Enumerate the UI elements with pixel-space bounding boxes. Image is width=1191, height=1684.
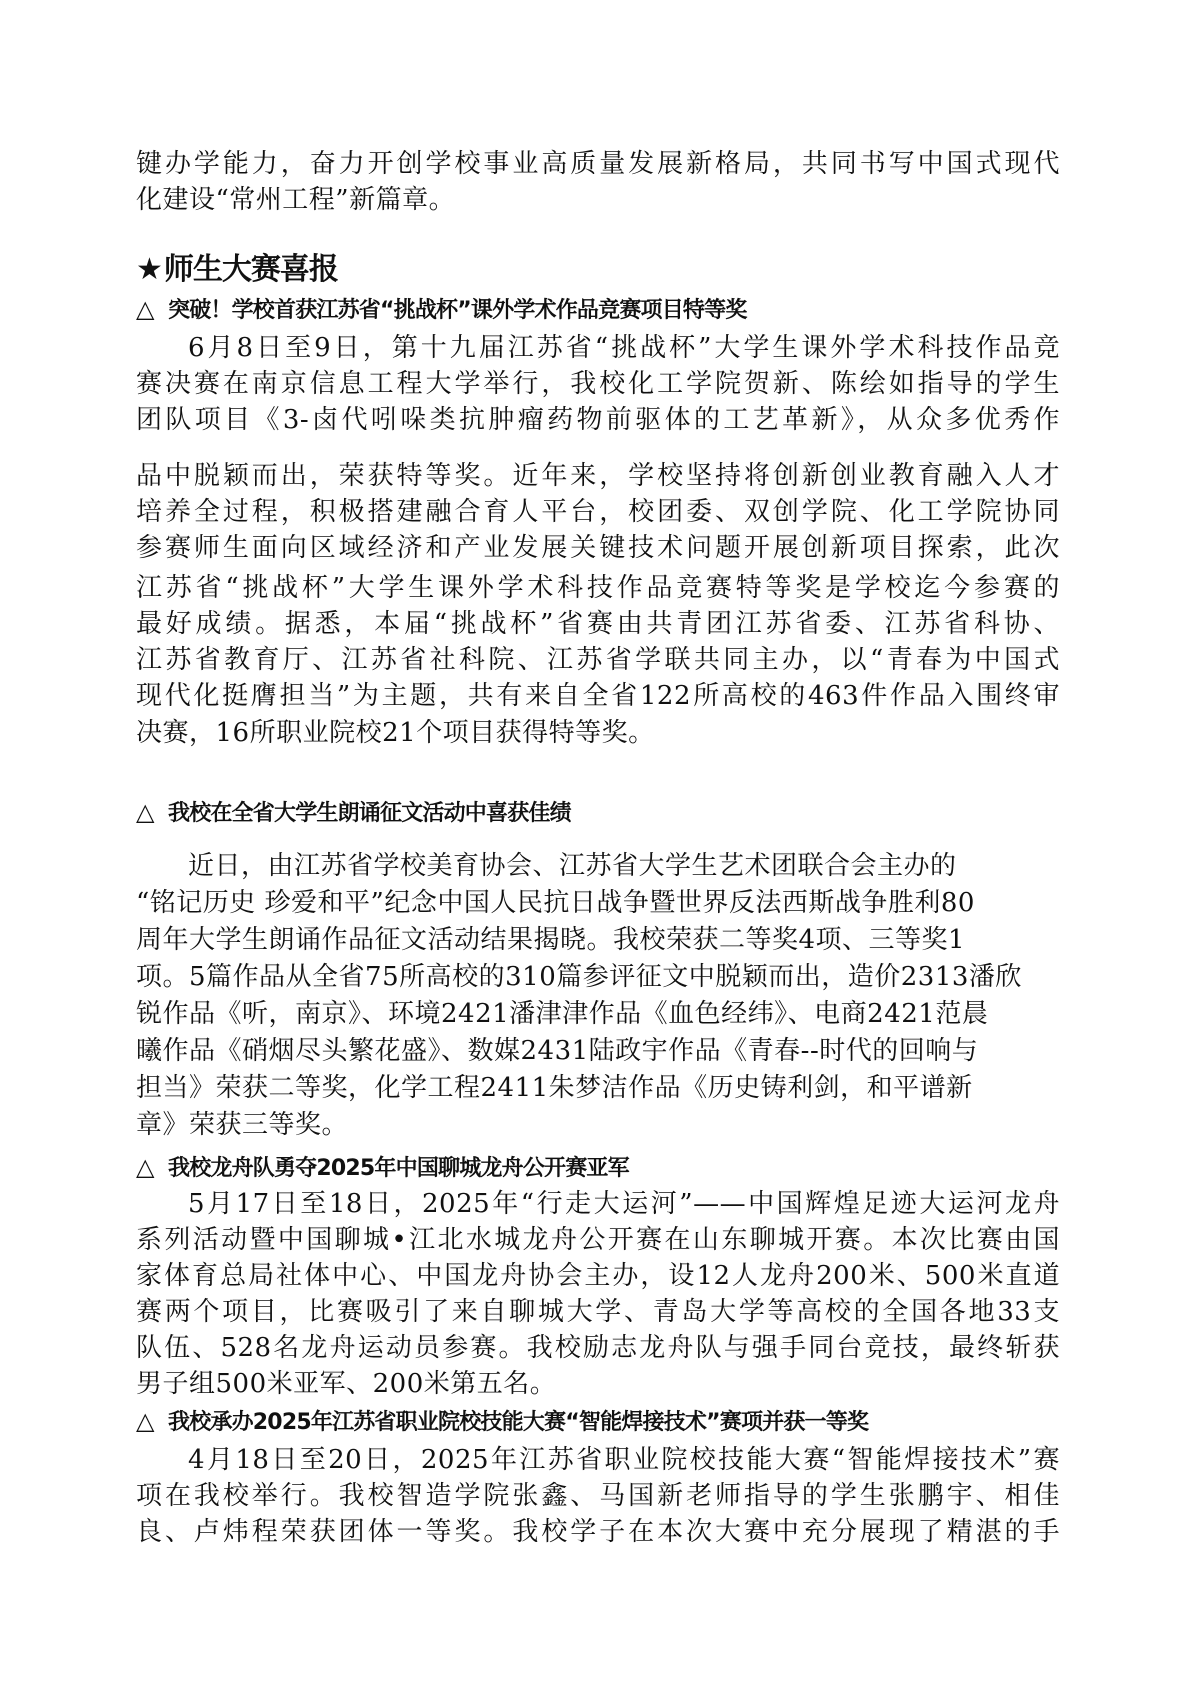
article-line: 赛决赛在南京信息工程大学举行，我校化工学院贺新、陈绘如指导的学生 — [136, 367, 1060, 401]
article-line: 现代化挺膺担当”为主题，共有来自全省122所高校的463件作品入围终审 — [136, 679, 1060, 713]
article-title-text: 我校在全省大学生朗诵征文活动中喜获佳绩 — [168, 801, 571, 826]
article-line: 培养全过程，积极搭建融合育人平台，校团委、双创学院、化工学院协同 — [136, 495, 1060, 529]
intro-line-2: 化建设“常州工程”新篇章。 — [136, 183, 455, 217]
triangle-icon: △ — [136, 294, 168, 324]
article-line: 男子组500米亚军、200米第五名。 — [136, 1367, 556, 1401]
article-line: 4月18日至20日，2025年江苏省职业院校技能大赛“智能焊接技术”赛 — [136, 1443, 1060, 1477]
article-line: 江苏省“挑战杯”大学生课外学术科技作品竞赛特等奖是学校迄今参赛的 — [136, 571, 1060, 605]
article-line: 决赛，16所职业院校21个项目获得特等奖。 — [136, 716, 655, 750]
triangle-icon: △ — [136, 1406, 168, 1436]
star-icon: ★ — [136, 252, 162, 287]
article-line: 参赛师生面向区域经济和产业发展关键技术问题开展创新项目探索，此次 — [136, 531, 1060, 565]
article-line: 项在我校举行。我校智造学院张鑫、马国新老师指导的学生张鹏宇、相佳 — [136, 1479, 1060, 1513]
article-title-welding: △我校承办2025年江苏省职业院校技能大赛“智能焊接技术”赛项并获一等奖 — [136, 1406, 868, 1438]
article-line: 队伍、528名龙舟运动员参赛。我校励志龙舟队与强手同台竞技，最终斩获 — [136, 1331, 1060, 1365]
article-line: “铭记历史 珍爱和平”纪念中国人民抗日战争暨世界反法西斯战争胜利80 — [136, 886, 975, 920]
article-title-recitation: △我校在全省大学生朗诵征文活动中喜获佳绩 — [136, 797, 571, 829]
article-line: 周年大学生朗诵作品征文活动结果揭晓。我校荣获二等奖4项、三等奖1 — [136, 923, 965, 957]
article-line: 江苏省教育厅、江苏省社科院、江苏省学联共同主办，以“青春为中国式 — [136, 643, 1060, 677]
article-title-dragon-boat: △我校龙舟队勇夺2025年中国聊城龙舟公开赛亚军 — [136, 1152, 629, 1184]
triangle-icon: △ — [136, 1152, 168, 1182]
article-line: 家体育总局社体中心、中国龙舟协会主办，设12人龙舟200米、500米直道 — [136, 1259, 1060, 1293]
article-title-challenge-cup: △突破！学校首获江苏省“挑战杯”课外学术作品竞赛项目特等奖 — [136, 294, 747, 326]
article-line: 赛两个项目，比赛吸引了来自聊城大学、青岛大学等高校的全国各地33支 — [136, 1295, 1060, 1329]
triangle-icon: △ — [136, 797, 168, 827]
article-line: 品中脱颖而出，荣获特等奖。近年来，学校坚持将创新创业教育融入人才 — [136, 459, 1060, 493]
article-line: 近日，由江苏省学校美育协会、江苏省大学生艺术团联合会主办的 — [136, 849, 957, 883]
article-title-text: 突破！学校首获江苏省“挑战杯”课外学术作品竞赛项目特等奖 — [168, 298, 747, 323]
article-line: 5月17日至18日，2025年“行走大运河”——中国辉煌足迹大运河龙舟 — [136, 1187, 1060, 1221]
section-heading-text: 师生大赛喜报 — [164, 252, 338, 287]
article-title-text: 我校承办2025年江苏省职业院校技能大赛“智能焊接技术”赛项并获一等奖 — [168, 1410, 868, 1435]
article-line: 曦作品《硝烟尽头繁花盛》、数媒2431陆政宇作品《青春--时代的回响与 — [136, 1034, 978, 1068]
article-line: 团队项目《3-卤代吲哚类抗肿瘤药物前驱体的工艺革新》，从众多优秀作 — [136, 403, 1060, 437]
article-line: 锐作品《听，南京》、环境2421潘津津作品《血色经纬》、电商2421范晨 — [136, 997, 988, 1031]
article-line: 担当》荣获二等奖，化学工程2411朱梦洁作品《历史铸利剑，和平谱新 — [136, 1071, 973, 1105]
article-line: 良、卢炜程荣获团体一等奖。我校学子在本次大赛中充分展现了精湛的手 — [136, 1515, 1060, 1549]
article-line: 6月8日至9日，第十九届江苏省“挑战杯”大学生课外学术科技作品竞 — [136, 331, 1060, 365]
section-heading: ★师生大赛喜报 — [136, 250, 338, 290]
article-line: 章》荣获三等奖。 — [136, 1108, 348, 1142]
intro-line-1: 键办学能力，奋力开创学校事业高质量发展新格局，共同书写中国式现代 — [136, 147, 1060, 181]
article-line: 系列活动暨中国聊城•江北水城龙舟公开赛在山东聊城开赛。本次比赛由国 — [136, 1223, 1060, 1257]
article-line: 最好成绩。据悉，本届“挑战杯”省赛由共青团江苏省委、江苏省科协、 — [136, 607, 1060, 641]
article-title-text: 我校龙舟队勇夺2025年中国聊城龙舟公开赛亚军 — [168, 1156, 629, 1181]
article-line: 项。5篇作品从全省75所高校的310篇参评征文中脱颖而出，造价2313潘欣 — [136, 960, 1022, 994]
